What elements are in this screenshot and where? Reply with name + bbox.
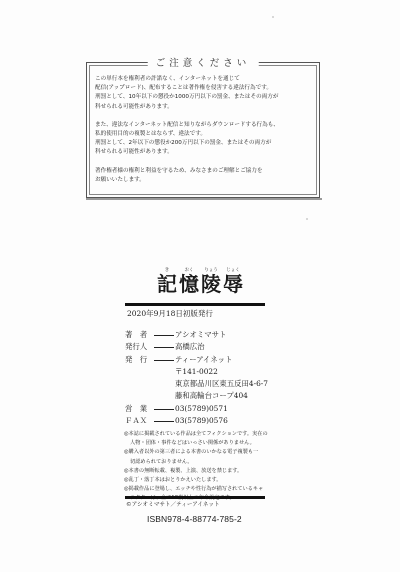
credit-sales: 営 業 03(5789)0571 — [125, 403, 268, 415]
notice-line: 科せられる可能性があります。 — [95, 103, 313, 112]
notice-line: 刑罰として、2年以下の懲役か200万円以下の罰金、またはその両方が — [95, 139, 313, 148]
book-title: き 記 おく 憶 りょう 陵 じょく 辱 — [0, 268, 400, 295]
copyright: ©アシオミマサト／ティーアイネット — [126, 500, 220, 508]
legal-notes: ◎本誌に掲載されている作品は全てフィクションです。実在の 人物・団体・事件などは… — [124, 430, 268, 504]
note-line: 切認められておりません。 — [124, 458, 268, 467]
title-char: じょく 辱 — [222, 268, 244, 295]
title-rule — [125, 303, 265, 306]
credit-value: 03(5789)0576 — [175, 415, 228, 427]
credit-publisher-person: 発行人 高橋広治 — [125, 341, 268, 353]
address-line-2: 藤和高輪台コープ404 — [125, 390, 268, 402]
notice-paragraph-request: 著作権者様の権利と利益を守るため、みなさまのご理解とご協力を お願いいたします。 — [95, 167, 313, 185]
note-line: ◎購入者以外の第三者による本書のいかなる電子複製も一 — [124, 448, 268, 457]
scan-speck — [272, 16, 274, 18]
credit-label: 発行人 — [125, 341, 153, 353]
isbn: ISBN978-4-88774-785-2 — [147, 514, 242, 524]
title-kanji: 記 — [157, 274, 177, 295]
credit-label: 営 業 — [125, 403, 153, 415]
notice-body: この単行本を権利者の許諾なく、インターネットを通じて 配信(アップロード)、配布… — [95, 75, 313, 194]
credit-publisher: 発 行 ティーアイネット — [125, 354, 268, 366]
note-line: ◎掲載作品に登場し、エッチや性行為が描写されているキャ — [124, 485, 268, 494]
note-line: ◎乱丁・落丁本はおとりかえいたします。 — [124, 476, 268, 485]
title-kanji: 陵 — [201, 274, 221, 295]
note-line: ◎本誌に掲載されている作品は全てフィクションです。実在の — [124, 430, 268, 439]
notice-paragraph-upload: この単行本を権利者の許諾なく、インターネットを通じて 配信(アップロード)、配布… — [95, 75, 313, 112]
credit-fax: ＦＡＸ 03(5789)0576 — [125, 415, 268, 427]
bottom-rule — [125, 496, 265, 499]
title-kanji: 辱 — [223, 274, 243, 295]
title-char: りょう 陵 — [200, 268, 222, 295]
notice-line: この単行本を権利者の許諾なく、インターネットを通じて — [95, 75, 313, 84]
notice-line: 著作権者様の権利と利益を守るため、みなさまのご理解とご協力を — [95, 167, 313, 176]
publication-date: 2020年9月18日初版発行 — [127, 308, 213, 319]
credit-label: ＦＡＸ — [125, 415, 153, 427]
credit-label: 著 者 — [125, 329, 153, 341]
notice-line: 刑罰として、10年以下の懲役か1000万円以下の罰金、またはその両方が — [95, 93, 313, 102]
note-line: 人物・団体・事件などはいっさい関係がありません。 — [124, 439, 268, 448]
credit-value: ティーアイネット — [175, 354, 232, 366]
credits: 著 者 アシオミマサト 発行人 高橋広治 発 行 ティーアイネット 〒141-0… — [125, 329, 268, 427]
credit-value: 高橋広治 — [175, 341, 205, 353]
notice-paragraph-download: また、違法なインターネット配信と知りながらダウンロードする行為も、 私的使用目的… — [95, 121, 313, 158]
notice-line: 配信(アップロード)、配布することは著作権を侵害する違法行為です。 — [95, 84, 313, 93]
postal-code: 〒141-0022 — [125, 366, 268, 378]
notice-line: また、違法なインターネット配信と知りながらダウンロードする行為も、 — [95, 121, 313, 130]
title-kanji: 憶 — [179, 274, 199, 295]
title-char: おく 憶 — [178, 268, 200, 295]
dash-rule — [154, 335, 174, 336]
notice-line: 私的使用目的の複製とはならず、違法です。 — [95, 130, 313, 139]
dash-rule — [154, 360, 174, 361]
scan-speck — [306, 218, 308, 220]
credit-value: 03(5789)0571 — [175, 403, 228, 415]
dash-rule — [154, 347, 174, 348]
note-line: ◎本書の無断転載、複製、上演、放送を禁じます。 — [124, 467, 268, 476]
address-line-1: 東京都品川区東五反田4-6-7 — [125, 378, 268, 390]
notice-line: 科せられる可能性があります。 — [95, 148, 313, 157]
credit-author: 著 者 アシオミマサト — [125, 329, 268, 341]
dash-rule — [154, 409, 174, 410]
notice-box: ご注意ください この単行本を権利者の許諾なく、インターネットを通じて 配信(アッ… — [86, 62, 320, 198]
notice-heading: ご注意ください — [148, 55, 259, 69]
title-char: き 記 — [156, 268, 178, 295]
dash-rule — [154, 421, 174, 422]
credit-label: 発 行 — [125, 354, 153, 366]
credit-value: アシオミマサト — [175, 329, 226, 341]
notice-line: お願いいたします。 — [95, 176, 313, 185]
